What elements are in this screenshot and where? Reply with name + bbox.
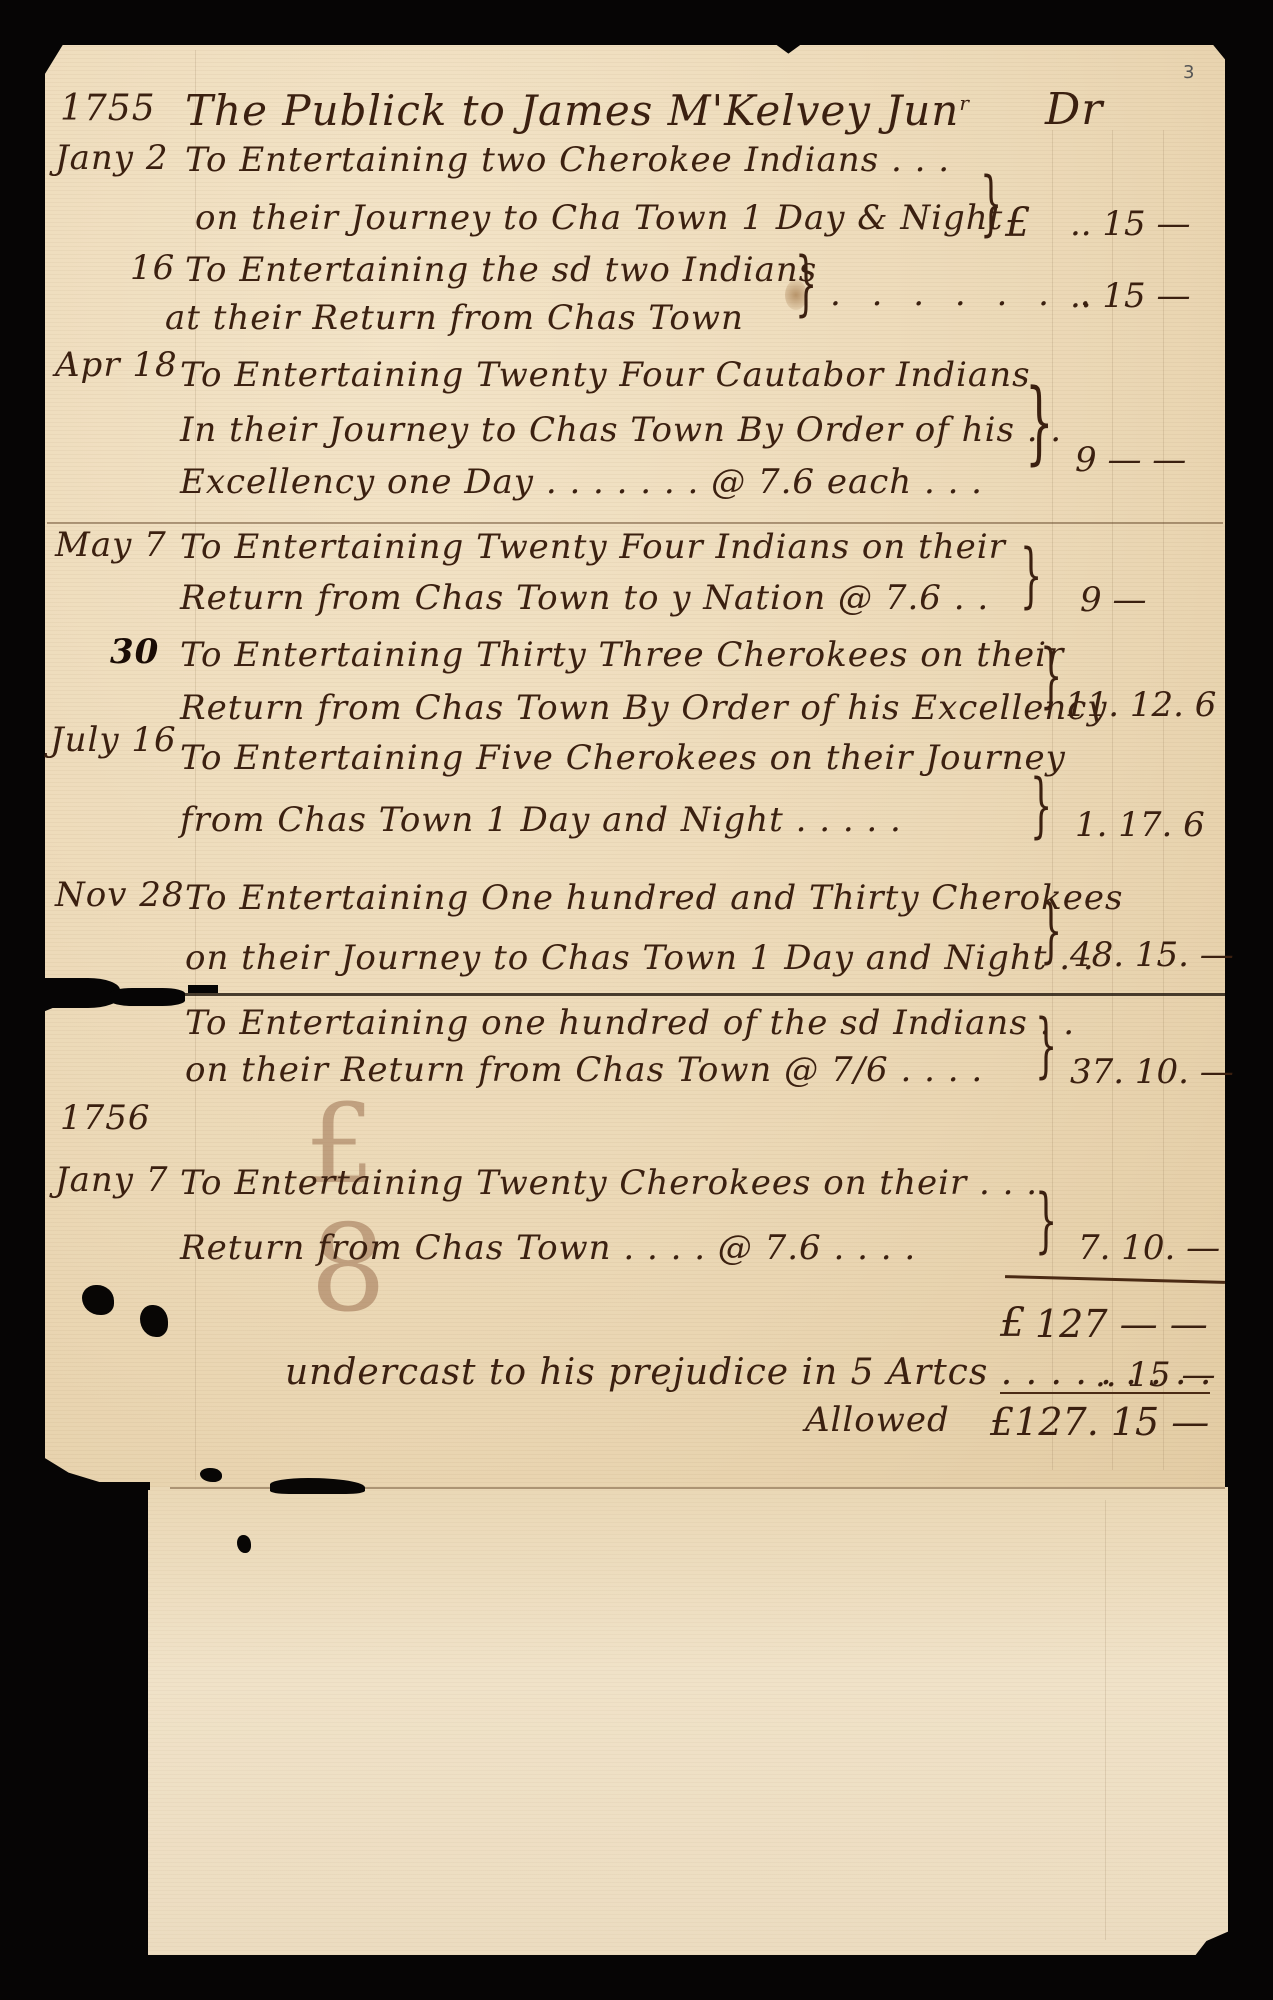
entry-line: on their Journey to Chas Town 1 Day and …: [185, 938, 1095, 978]
ink-blot: [270, 1478, 365, 1494]
total-currency: £: [1000, 1300, 1025, 1346]
leader-dots: . . . . . . .: [830, 274, 1101, 314]
entry-amount: .. 15 —: [1070, 204, 1191, 244]
torn-edge: [188, 985, 218, 993]
entry-date: July 16: [50, 720, 177, 760]
column-rule: [1105, 1500, 1106, 1940]
brace: }: [1030, 770, 1052, 840]
torn-edge: [40, 978, 120, 1008]
torn-edge: [110, 988, 185, 1006]
brace: }: [1020, 540, 1042, 610]
brace: }: [980, 168, 1002, 238]
entry-line: To Entertaining Five Cherokees on their …: [180, 738, 1066, 778]
entry-date: Jany 2: [55, 138, 168, 178]
entry-line: To Entertaining the sd two Indians: [185, 250, 817, 290]
entry-amount: 37. 10. —: [1070, 1052, 1234, 1092]
torn-edge: [45, 1482, 150, 1490]
allowed-amount: £127. 15 —: [990, 1400, 1209, 1444]
entry-line: To Entertaining Twenty Cherokees on thei…: [180, 1163, 1038, 1203]
header-title-text: The Publick to James M'Kelvey Jun: [185, 86, 959, 135]
page-number: 3: [1183, 62, 1194, 83]
fold-line: [47, 522, 1223, 524]
entry-date: Jany 7: [55, 1160, 168, 1200]
undercast-text: undercast to his prejudice in 5 Artcs . …: [285, 1352, 1212, 1393]
entry-amount: 48. 15. —: [1070, 935, 1234, 975]
entry-date: 30: [110, 632, 159, 672]
margin-pencil-mark: 8: [310, 1200, 387, 1339]
debit-label: Dr: [1045, 84, 1103, 135]
brace: }: [1035, 1185, 1057, 1255]
ink-blot: [140, 1305, 168, 1337]
entry-amount: .. 15 —: [1070, 276, 1191, 316]
entry-date: Apr 18: [55, 345, 178, 385]
entry-line: from Chas Town 1 Day and Night . . . . .: [180, 800, 902, 840]
brace: }: [1040, 895, 1062, 965]
entry-year: 1756: [60, 1098, 151, 1138]
column-rule: [1163, 130, 1164, 1470]
entry-line: Excellency one Day . . . . . . . @ 7.6 e…: [180, 462, 983, 502]
entry-line: In their Journey to Chas Town By Order o…: [180, 410, 1062, 450]
entry-amount: 7. 10. —: [1078, 1228, 1220, 1268]
header-title: The Publick to James M'Kelvey Junr: [185, 86, 970, 135]
currency-label: £: [1005, 200, 1030, 246]
column-rule: [1112, 130, 1113, 1470]
entry-amount: 9 —: [1080, 580, 1146, 620]
ink-blot: [237, 1535, 251, 1553]
entry-line: To Entertaining One hundred and Thirty C…: [185, 878, 1123, 918]
total-amount: 127 — —: [1035, 1302, 1208, 1346]
entry-date: 16: [130, 248, 175, 288]
document-lower-sheet: [148, 1487, 1228, 1955]
brace: }: [795, 248, 817, 318]
entry-date: May 7: [55, 525, 167, 565]
allowed-rule: [1000, 1392, 1210, 1394]
header-title-suffix: r: [959, 91, 970, 115]
brace: }: [1035, 1010, 1057, 1080]
brace: }: [1040, 640, 1062, 710]
entry-date: Nov 28: [55, 875, 185, 915]
entry-line: Return from Chas Town . . . . @ 7.6 . . …: [180, 1228, 916, 1268]
entry-line: To Entertaining two Cherokee Indians . .…: [185, 140, 950, 180]
undercast-amount: .. 15 —: [1095, 1355, 1216, 1395]
allowed-label: Allowed: [805, 1400, 950, 1440]
entry-line: at their Return from Chas Town: [165, 298, 744, 338]
entry-line: on their Journey to Cha Town 1 Day & Nig…: [195, 198, 1003, 238]
entry-line: Return from Chas Town to y Nation @ 7.6 …: [180, 578, 989, 618]
entry-amount: 9 — —: [1075, 440, 1186, 480]
ink-blot: [200, 1468, 222, 1482]
fold-tear-line: [120, 993, 1225, 996]
entry-line: To Entertaining Thirty Three Cherokees o…: [180, 635, 1064, 675]
brace: }: [1025, 378, 1054, 468]
entry-line: Return from Chas Town By Order of his Ex…: [180, 688, 1107, 728]
entry-line: To Entertaining Twenty Four Cautabor Ind…: [180, 355, 1031, 395]
entry-line: To Entertaining Twenty Four Indians on t…: [180, 527, 1006, 567]
header-year: 1755: [60, 88, 156, 129]
entry-amount: 11. 12. 6: [1065, 685, 1216, 725]
entry-line: To Entertaining one hundred of the sd In…: [185, 1003, 1075, 1043]
entry-amount: 1. 17. 6: [1075, 805, 1205, 845]
